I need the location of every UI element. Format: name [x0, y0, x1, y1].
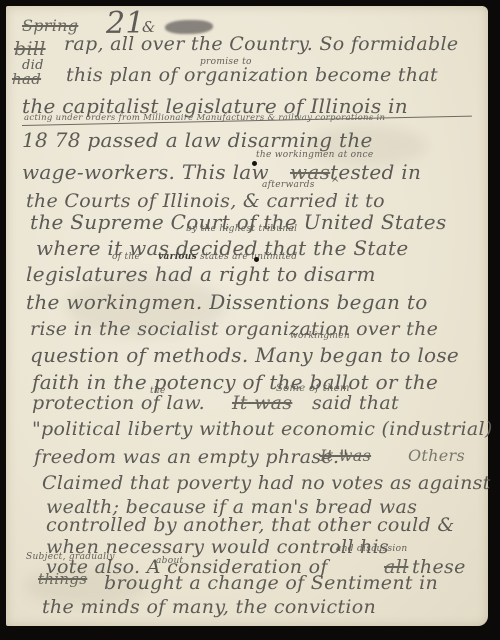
crossed-it-was: It was [232, 392, 292, 414]
text-line-23: the minds of many, the conviction [42, 596, 376, 618]
insertion-workingmen: workingmen [290, 331, 350, 341]
insertion-of-the: of the [112, 252, 140, 262]
insertion-and-discussion: and discussion [336, 544, 407, 554]
insertion-about: about [156, 556, 183, 566]
text-line-14a: protection of law. [32, 392, 205, 414]
text-line-9: legislatures had a right to disarm [26, 262, 376, 286]
insertion-workingmen-at-once: the workingmen at once [256, 150, 373, 160]
insertion-highest-tribunal: by the highest tribunal [186, 224, 297, 234]
text-line-13: faith in the potency of the ballot or th… [32, 370, 438, 394]
text-line-10: the workingmen. Dissentions began to [26, 290, 428, 314]
text-line-2: this plan of organization become that [66, 64, 438, 86]
insertion-caret: ^ [331, 178, 339, 189]
crossed-margin-word: had [12, 70, 41, 88]
insertion-states-unlimited: states are unlimited [200, 252, 297, 262]
text-line-5a: wage-workers. This law [22, 160, 269, 184]
text-line-22: brought a change of Sentiment in [104, 572, 438, 594]
crossed-word-things: things [38, 570, 87, 588]
insertion-various: various [158, 252, 197, 262]
text-line-17: Claimed that poverty had no votes as aga… [42, 472, 491, 494]
text-line-6: the Courts of Illinois, & carried it to [26, 190, 385, 212]
ink-dot [252, 161, 257, 166]
insertion-subject-gradually: Subject, gradually [26, 552, 115, 562]
text-line-14b: said that [312, 392, 399, 414]
text-line-1: rap, all over the Country. So formidable [64, 33, 458, 55]
text-line-16b: Others [408, 446, 465, 465]
text-line-15: "political liberty without economic (ind… [32, 418, 493, 440]
text-line-5b: tested in [330, 160, 421, 184]
text-line-19: controlled by another, that other could … [46, 514, 455, 536]
text-line-11: rise in the socialist organization over … [30, 318, 438, 340]
crossed-margin-word: bill [14, 38, 46, 60]
text-line-16a: freedom was an empty phrase." [34, 446, 348, 468]
crossed-it-was: It was [320, 446, 371, 465]
text-line-4: 18 78 passed a law disarming the [22, 128, 373, 152]
text-line-12: question of methods. Many began to lose [30, 343, 459, 367]
insertion-afterwards: afterwards [262, 180, 315, 190]
